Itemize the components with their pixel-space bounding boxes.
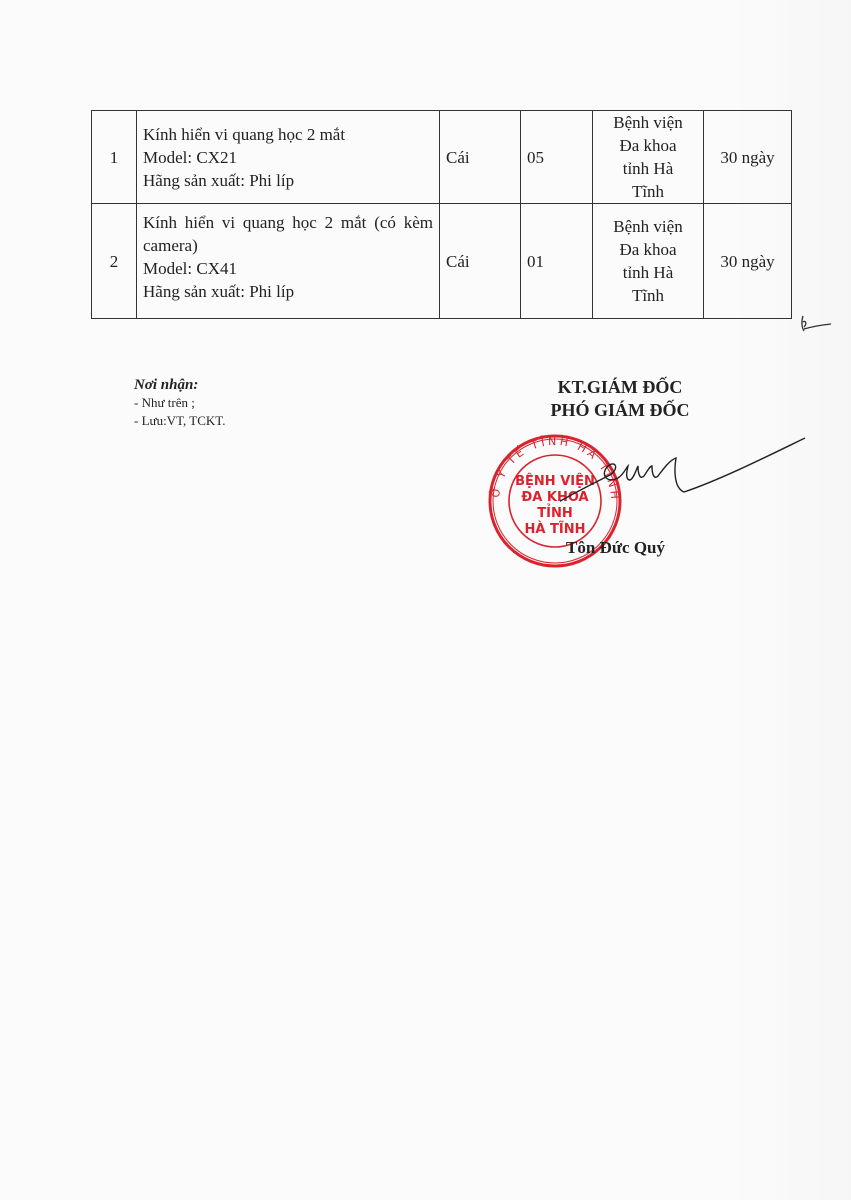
table-row: 2 Kính hiển vi quang học 2 mắt (có kèm c… (92, 204, 792, 319)
recipient-item: - Lưu:VT, TCKT. (134, 412, 226, 430)
items-table: 1 Kính hiển vi quang học 2 mắt Model: CX… (91, 110, 792, 319)
row-number: 1 (92, 111, 137, 204)
recipients-block: Nơi nhận: - Như trên ; - Lưu:VT, TCKT. (134, 376, 226, 430)
item-quantity: 05 (521, 111, 593, 204)
item-unit: Cái (440, 204, 521, 319)
handwritten-signature-icon (560, 430, 810, 520)
delivery-place: Bệnh viện Đa khoa tỉnh Hà Tĩnh (593, 204, 704, 319)
recipient-item: - Như trên ; (134, 394, 226, 412)
item-description: Kính hiển vi quang học 2 mắt (có kèm cam… (137, 204, 440, 319)
signatory-title: KT.GIÁM ĐỐC PHÓ GIÁM ĐỐC (510, 376, 730, 422)
item-quantity: 01 (521, 204, 593, 319)
row-number: 2 (92, 204, 137, 319)
item-description: Kính hiển vi quang học 2 mắt Model: CX21… (137, 111, 440, 204)
table-row: 1 Kính hiển vi quang học 2 mắt Model: CX… (92, 111, 792, 204)
delivery-place: Bệnh viện Đa khoa tỉnh Hà Tĩnh (593, 111, 704, 204)
delivery-time: 30 ngày (704, 111, 792, 204)
item-unit: Cái (440, 111, 521, 204)
delivery-time: 30 ngày (704, 204, 792, 319)
signer-name: Tôn Đức Quý (566, 538, 665, 558)
svg-text:HÀ TĨNH: HÀ TĨNH (525, 521, 586, 537)
recipients-title: Nơi nhận: (134, 376, 226, 394)
initial-mark-icon (797, 312, 833, 334)
